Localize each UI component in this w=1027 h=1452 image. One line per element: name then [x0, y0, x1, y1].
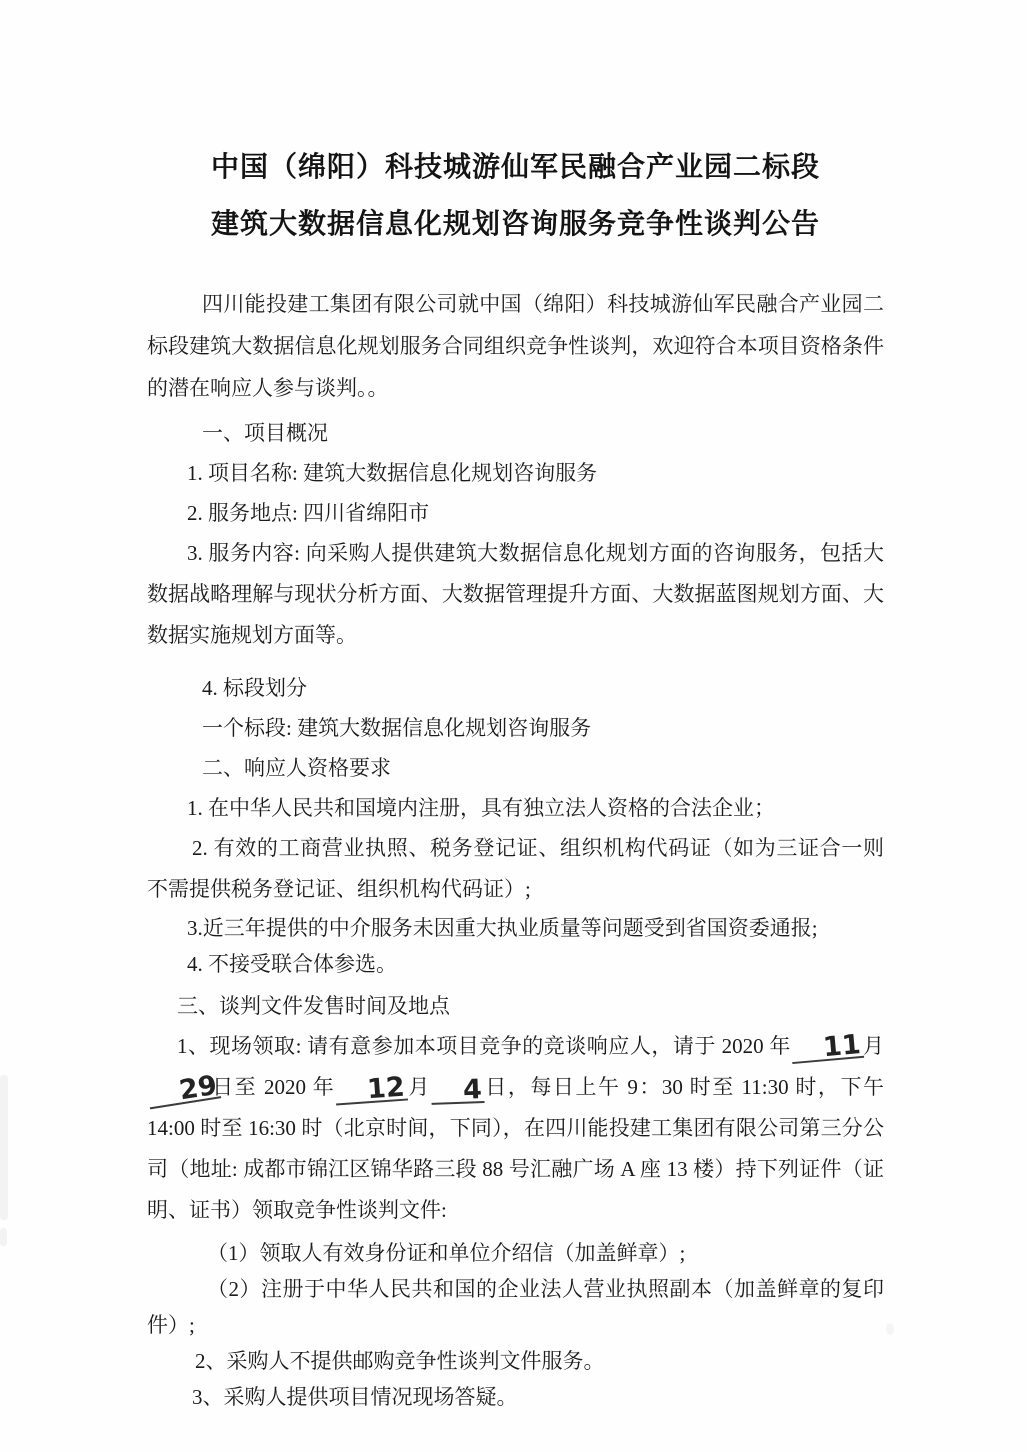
section3-item-no-mail-order: 2、采购人不提供邮购竞争性谈判文件服务。 — [147, 1343, 884, 1379]
date-text-segment: 日至 2020 年 — [211, 1075, 336, 1099]
document-title: 中国（绵阳）科技城游仙军民融合产业园二标段 建筑大数据信息化规划咨询服务竞争性谈… — [147, 138, 884, 252]
section2-item-registration: 1. 在中华人民共和国境内注册，具有独立法人资格的合法企业； — [147, 788, 884, 828]
document-content: 中国（绵阳）科技城游仙军民融合产业园二标段 建筑大数据信息化规划咨询服务竞争性谈… — [147, 138, 884, 1415]
scan-artifact-left-dot — [0, 1228, 7, 1246]
section2-item-no-consortium: 4. 不接受联合体参选。 — [147, 946, 884, 982]
date-text-segment: 1、现场领取: 请有意参加本项目竞争的竞谈响应人，请于 2020 年 — [177, 1034, 791, 1058]
section3-heading: 三、谈判文件发售时间及地点 — [147, 986, 884, 1026]
section1-heading: 一、项目概况 — [147, 413, 884, 453]
section3-item-id-letter: （1）领取人有效身份证和单位介绍信（加盖鲜章）; — [147, 1235, 884, 1271]
handwritten-start-day: 29 — [146, 1074, 220, 1109]
section2-item-licenses: 2. 有效的工商营业执照、税务登记证、组织机构代码证（如为三证合一则不需提供税务… — [147, 828, 884, 910]
section2-heading: 二、响应人资格要求 — [147, 748, 884, 788]
document-title-line2: 建筑大数据信息化规划咨询服务竞争性谈判公告 — [147, 195, 884, 252]
scan-artifact-right-dot — [886, 1323, 894, 1335]
section3-item-onsite-qa: 3、采购人提供项目情况现场答疑。 — [147, 1379, 884, 1415]
handwritten-start-month: 11 — [790, 1034, 863, 1064]
section1-item-project-name: 1. 项目名称: 建筑大数据信息化规划咨询服务 — [147, 453, 884, 493]
section3-item-license-copy: （2）注册于中华人民共和国的企业法人营业执照副本（加盖鲜章的复印件）; — [147, 1271, 884, 1343]
month-character: 月 — [407, 1075, 431, 1099]
section1-item-lot-division: 4. 标段划分 — [147, 668, 884, 708]
scan-artifact-left-edge — [0, 1075, 8, 1220]
handwritten-end-day: 4 — [431, 1079, 485, 1105]
section2-item-no-violation: 3.近三年提供的中介服务未因重大执业质量等问题受到省国资委通报; — [147, 910, 884, 946]
document-title-line1: 中国（绵阳）科技城游仙军民融合产业园二标段 — [147, 138, 884, 195]
intro-paragraph: 四川能投建工集团有限公司就中国（绵阳）科技城游仙军民融合产业园二标段建筑大数据信… — [147, 283, 884, 409]
section3-onsite-collection-paragraph: 1、现场领取: 请有意参加本项目竞争的竞谈响应人，请于 2020 年11月29日… — [147, 1026, 884, 1231]
month-character: 月 — [862, 1034, 884, 1058]
section1-item-service-location: 2. 服务地点: 四川省绵阳市 — [147, 493, 884, 533]
handwritten-end-month: 12 — [335, 1077, 408, 1106]
section1-item-single-lot: 一个标段: 建筑大数据信息化规划咨询服务 — [147, 708, 884, 748]
section1-item-service-content: 3. 服务内容: 向采购人提供建筑大数据信息化规划方面的咨询服务，包括大数据战略… — [147, 533, 884, 656]
scanned-document-page: 中国（绵阳）科技城游仙军民融合产业园二标段 建筑大数据信息化规划咨询服务竞争性谈… — [0, 0, 1027, 1452]
